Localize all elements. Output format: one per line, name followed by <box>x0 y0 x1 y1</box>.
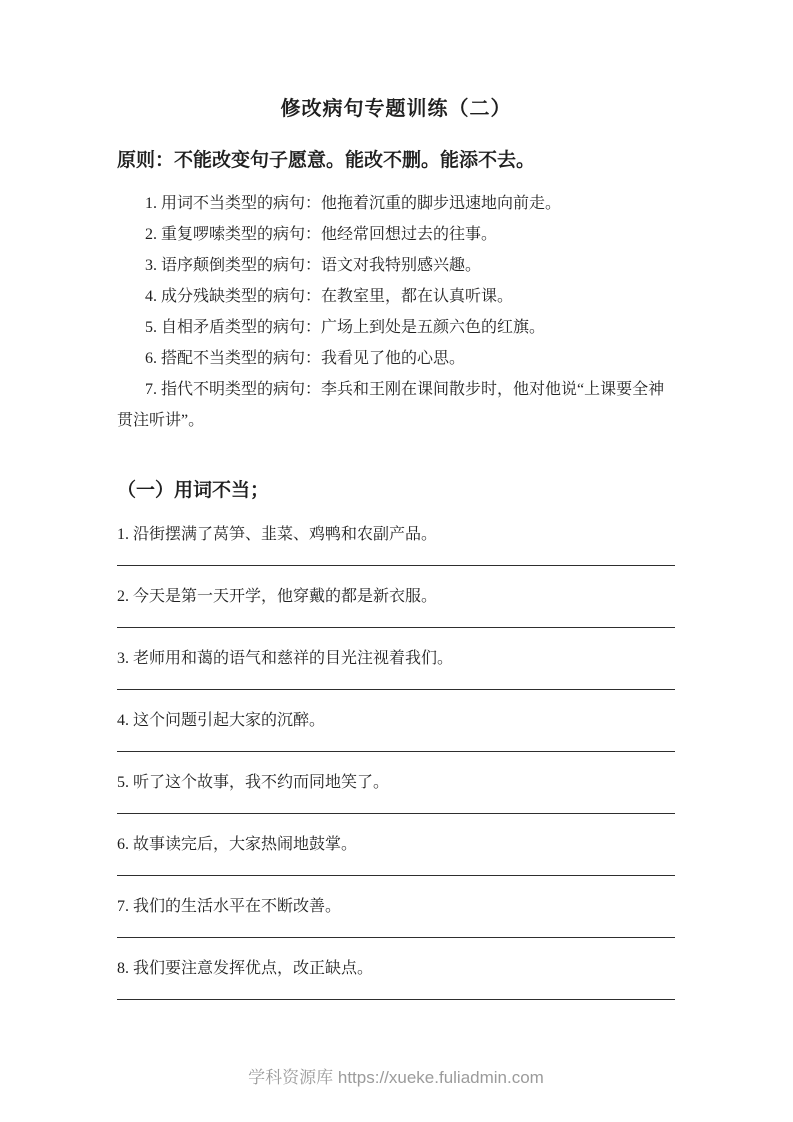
answer-line <box>117 689 675 690</box>
error-type-item-6: 6. 搭配不当类型的病句：我看见了他的心思。 <box>117 343 675 374</box>
exercise-item-4: 4. 这个问题引起大家的沉醉。 <box>117 710 675 752</box>
error-type-item-5: 5. 自相矛盾类型的病句：广场上到处是五颜六色的红旗。 <box>117 312 675 343</box>
exercise-sentence: 6. 故事读完后，大家热闹地鼓掌。 <box>117 834 675 856</box>
exercise-sentence: 2. 今天是第一天开学，他穿戴的都是新衣服。 <box>117 586 675 608</box>
error-type-item-1: 1. 用词不当类型的病句：他拖着沉重的脚步迅速地向前走。 <box>117 188 675 219</box>
answer-line <box>117 751 675 752</box>
exercise-item-7: 7. 我们的生活水平在不断改善。 <box>117 896 675 938</box>
exercise-item-3: 3. 老师用和蔼的语气和慈祥的目光注视着我们。 <box>117 648 675 690</box>
exercise-item-5: 5. 听了这个故事，我不约而同地笑了。 <box>117 772 675 814</box>
answer-line <box>117 999 675 1000</box>
answer-line <box>117 813 675 814</box>
exercise-item-8: 8. 我们要注意发挥优点，改正缺点。 <box>117 958 675 1000</box>
answer-line <box>117 875 675 876</box>
exercise-list: 1. 沿街摆满了莴笋、韭菜、鸡鸭和农副产品。 2. 今天是第一天开学，他穿戴的都… <box>117 524 675 1000</box>
answer-line <box>117 627 675 628</box>
exercise-sentence: 7. 我们的生活水平在不断改善。 <box>117 896 675 918</box>
page-title: 修改病句专题训练（二） <box>117 0 675 123</box>
error-type-list: 1. 用词不当类型的病句：他拖着沉重的脚步迅速地向前走。 2. 重复啰嗦类型的病… <box>117 188 675 436</box>
document-page: 修改病句专题训练（二） 原则：不能改变句子愿意。能改不删。能添不去。 1. 用词… <box>0 0 793 1122</box>
footer-watermark: 学科资源库 https://xueke.fuliadmin.com <box>117 1066 675 1090</box>
error-type-item-2: 2. 重复啰嗦类型的病句：他经常回想过去的往事。 <box>117 219 675 250</box>
exercise-item-6: 6. 故事读完后，大家热闹地鼓掌。 <box>117 834 675 876</box>
principle-text: 原则：不能改变句子愿意。能改不删。能添不去。 <box>117 148 675 174</box>
error-type-item-7: 7. 指代不明类型的病句：李兵和王刚在课间散步时，他对他说“上课要全神贯注听讲”… <box>117 374 675 436</box>
exercise-sentence: 4. 这个问题引起大家的沉醉。 <box>117 710 675 732</box>
exercise-item-2: 2. 今天是第一天开学，他穿戴的都是新衣服。 <box>117 586 675 628</box>
exercise-item-1: 1. 沿街摆满了莴笋、韭菜、鸡鸭和农副产品。 <box>117 524 675 566</box>
answer-line <box>117 565 675 566</box>
exercise-sentence: 5. 听了这个故事，我不约而同地笑了。 <box>117 772 675 794</box>
section-heading: （一）用词不当； <box>117 478 675 504</box>
exercise-sentence: 3. 老师用和蔼的语气和慈祥的目光注视着我们。 <box>117 648 675 670</box>
error-type-item-4: 4. 成分残缺类型的病句：在教室里，都在认真听课。 <box>117 281 675 312</box>
error-type-item-3: 3. 语序颠倒类型的病句：语文对我特别感兴趣。 <box>117 250 675 281</box>
document-content: 修改病句专题训练（二） 原则：不能改变句子愿意。能改不删。能添不去。 1. 用词… <box>0 0 793 1090</box>
answer-line <box>117 937 675 938</box>
exercise-sentence: 8. 我们要注意发挥优点，改正缺点。 <box>117 958 675 980</box>
exercise-sentence: 1. 沿街摆满了莴笋、韭菜、鸡鸭和农副产品。 <box>117 524 675 546</box>
